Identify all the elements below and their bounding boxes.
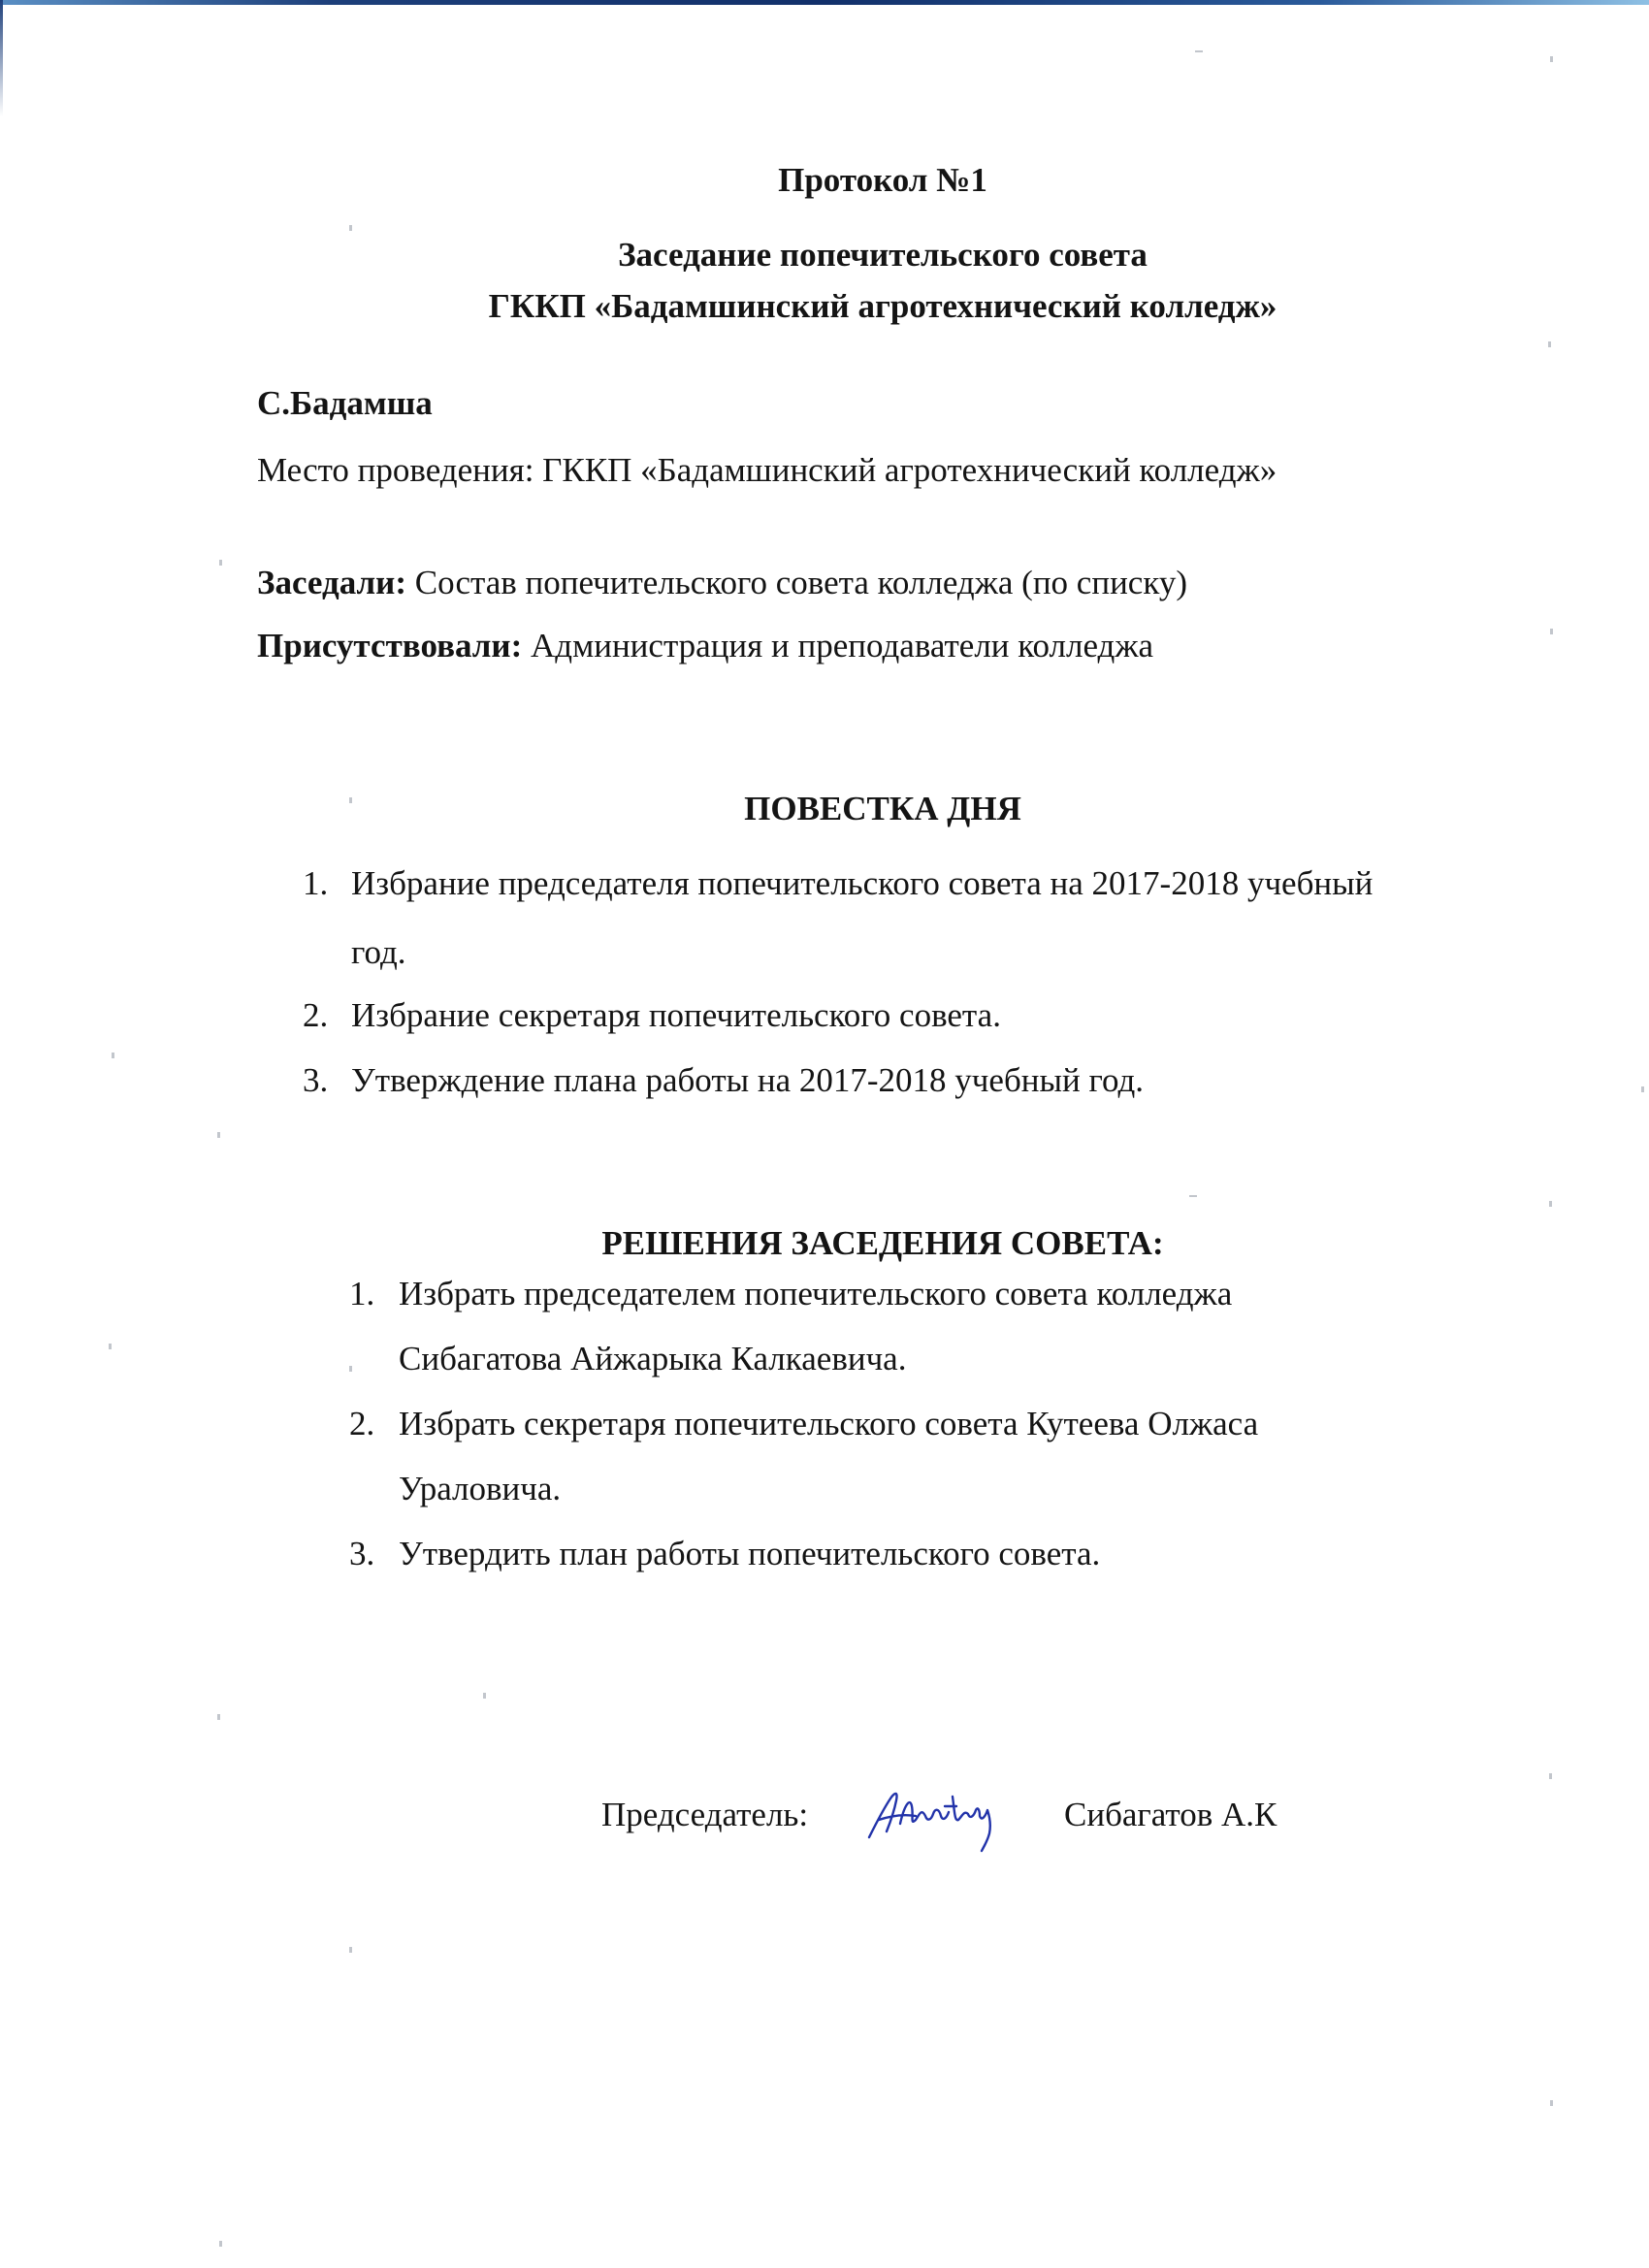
scan-speck [109,1344,112,1349]
agenda-item-number: 2. [303,998,328,1032]
agenda-item-text: Избрание председателя попечительского со… [351,866,1373,900]
scan-speck [349,1947,352,1953]
scan-speck [1550,56,1553,62]
scan-speck [1550,629,1553,634]
agenda-item-number: 1. [303,866,328,900]
scan-speck [112,1053,114,1058]
location-label: С.Бадамша [257,386,433,420]
scan-speck [217,1132,220,1138]
scan-border-left [0,0,3,116]
scan-speck [217,1714,220,1720]
scan-speck [1195,50,1203,52]
attended-value: Состав попечительского совета колледжа (… [406,564,1187,601]
agenda-item-text: Утверждение плана работы на 2017-2018 уч… [351,1063,1144,1097]
scan-speck [483,1693,486,1699]
scan-speck [219,560,222,566]
scan-speck [349,1366,352,1372]
chairman-label: Председатель: [601,1798,808,1831]
decision-item-text-cont: Ураловича. [399,1472,561,1506]
scan-speck [1549,1773,1552,1779]
scan-speck [1189,1195,1197,1197]
agenda-item-number: 3. [303,1063,328,1097]
document-subtitle-2: ГККП «Бадамшинский агротехнический колле… [0,289,1649,323]
attended-label: Заседали: [257,564,406,601]
scan-border-top [0,0,1649,5]
venue-line: Место проведения: ГККП «Бадамшинский агр… [257,453,1277,487]
decision-item-text: Избрать председателем попечительского со… [399,1277,1232,1311]
scan-speck [1641,1086,1644,1092]
decision-item-number: 3. [349,1537,374,1571]
signature-icon [861,1777,1017,1855]
scan-speck [1550,2100,1553,2106]
present-value: Администрация и преподаватели колледжа [522,627,1153,664]
document-title: Протокол №1 [0,163,1649,197]
attended-line: Заседали: Состав попечительского совета … [257,566,1187,599]
decision-item-number: 1. [349,1277,374,1311]
present-label: Присутствовали: [257,627,522,664]
scan-speck [1549,1201,1552,1207]
decision-item-text: Утвердить план работы попечительского со… [399,1537,1100,1571]
decision-item-number: 2. [349,1407,374,1441]
scan-speck [349,225,352,231]
present-line: Присутствовали: Администрация и преподав… [257,629,1153,663]
decisions-heading: РЕШЕНИЯ ЗАСЕДЕНИЯ СОВЕТА: [0,1226,1649,1260]
scan-speck [219,2241,222,2247]
agenda-heading: ПОВЕСТКА ДНЯ [0,792,1649,826]
decision-item-text: Избрать секретаря попечительского совета… [399,1407,1258,1441]
agenda-item-text-cont: год. [351,935,406,969]
agenda-item-text: Избрание секретаря попечительского совет… [351,998,1001,1032]
decision-item-text-cont: Сибагатова Айжарыка Калкаевича. [399,1342,906,1376]
chairman-name: Сибагатов А.К [1064,1798,1277,1831]
scan-speck [1548,341,1551,347]
document-subtitle-1: Заседание попечительского совета [0,238,1649,272]
